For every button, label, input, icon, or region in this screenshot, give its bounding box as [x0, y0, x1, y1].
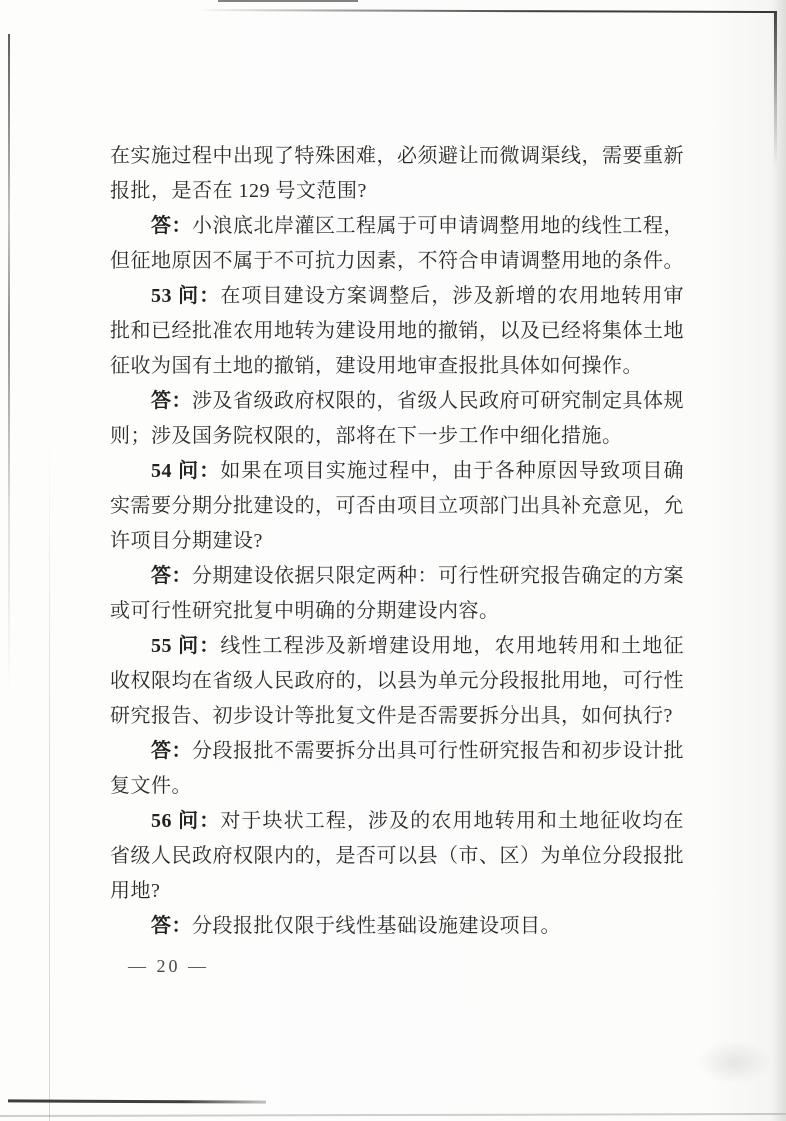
scan-artifact-left-line-secondary [49, 420, 50, 1121]
answer-prefix: 答： [151, 740, 192, 762]
question-prefix: 54 问： [151, 460, 220, 482]
scan-artifact-right-shade [772, 0, 786, 1121]
question-54: 54 问：如果在项目实施过程中，由于各种原因导致项目确实需要分期分批建设的，可否… [110, 454, 684, 559]
scan-artifact-bottom-edge [0, 1113, 786, 1117]
answer-prefix: 答： [151, 565, 192, 587]
scan-artifact-smudge [696, 1040, 772, 1084]
answer-54: 答：分期建设依据只限定两种：可行性研究报告确定的方案或可行性研究批复中明确的分期… [110, 559, 684, 629]
answer-text: 小浪底北岸灌区工程属于可申请调整用地的线性工程，但征地原因不属于不可抗力因素，不… [110, 215, 684, 272]
answer-paragraph-52: 答：小浪底北岸灌区工程属于可申请调整用地的线性工程，但征地原因不属于不可抗力因素… [110, 209, 684, 279]
answer-56: 答：分段报批仅限于线性基础设施建设项目。 [110, 909, 684, 944]
scan-artifact-left-line [8, 34, 10, 694]
page-number: — 20 — [128, 956, 209, 977]
question-prefix: 53 问： [151, 285, 220, 307]
paragraph-text: 在实施过程中出现了特殊困难，必须避让而微调渠线，需要重新报批，是否在 129 号… [110, 145, 684, 202]
scan-artifact-top-border-line [196, 9, 776, 13]
scan-artifact-bottom-line [8, 1099, 266, 1103]
answer-text: 分段报批不需要拆分出具可行性研究报告和初步设计批复文件。 [110, 740, 684, 797]
question-55: 55 问：线性工程涉及新增建设用地，农用地转用和土地征收权限均在省级人民政府的，… [110, 629, 684, 734]
paragraph-continuation: 在实施过程中出现了特殊困难，必须避让而微调渠线，需要重新报批，是否在 129 号… [110, 139, 684, 209]
document-body: 在实施过程中出现了特殊困难，必须避让而微调渠线，需要重新报批，是否在 129 号… [110, 139, 684, 944]
answer-prefix: 答： [151, 390, 192, 412]
answer-55: 答：分段报批不需要拆分出具可行性研究报告和初步设计批复文件。 [110, 734, 684, 804]
question-prefix: 55 问： [151, 635, 220, 657]
answer-53: 答：涉及省级政府权限的，省级人民政府可研究制定具体规则；涉及国务院权限的，部将在… [110, 384, 684, 454]
answer-text: 涉及省级政府权限的，省级人民政府可研究制定具体规则；涉及国务院权限的，部将在下一… [110, 390, 684, 447]
answer-prefix: 答： [151, 915, 192, 937]
scan-artifact-top-edge [218, 0, 358, 2]
question-53: 53 问：在项目建设方案调整后，涉及新增的农用地转用审批和已经批准农用地转为建设… [110, 279, 684, 384]
scanned-document-page: 在实施过程中出现了特殊困难，必须避让而微调渠线，需要重新报批，是否在 129 号… [0, 0, 786, 1121]
answer-text: 分段报批仅限于线性基础设施建设项目。 [192, 915, 561, 937]
answer-text: 分期建设依据只限定两种：可行性研究报告确定的方案或可行性研究批复中明确的分期建设… [110, 565, 684, 622]
question-prefix: 56 问： [151, 810, 220, 832]
scan-artifact-corner-line [774, 11, 777, 166]
question-56: 56 问：对于块状工程，涉及的农用地转用和土地征收均在省级人民政府权限内的，是否… [110, 804, 684, 909]
answer-prefix: 答： [151, 215, 192, 237]
